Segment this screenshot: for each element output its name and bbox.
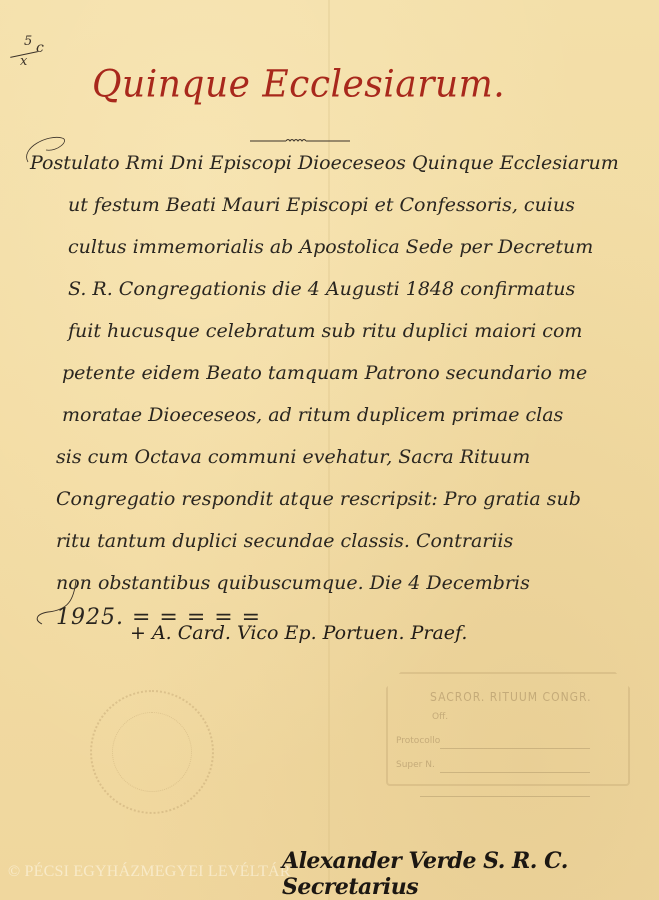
archive-watermark: © PÉCSI EGYHÁZMEGYEI LEVÉLTÁR [8,863,291,881]
archive-reference-mark: 5 c x [6,34,50,70]
title-ornament-divider [250,136,350,144]
cardinal-signature: + A. Card. Vico Ep. Portuen. Praef. [130,622,467,644]
stamp-row: Super N. [396,760,435,770]
body-line: ut festum Beati Mauri Episcopi et Confes… [68,194,575,216]
body-line: sis cum Octava communi evehatur, Sacra R… [56,446,530,468]
body-line: moratae Dioeceseos, ad ritum duplicem pr… [62,404,563,426]
stamp-field-line [440,772,590,773]
embossed-seal [90,690,214,814]
stamp-row: Protocollo [396,736,440,746]
body-line: S. R. Congregationis die 4 Augusti 1848 … [68,278,575,300]
body-line: petente eidem Beato tamquam Patrono secu… [62,362,587,384]
stamp-field-line [440,748,590,749]
archive-mark-denominator: x [20,54,27,69]
embossed-seal-inner-ring [112,712,192,792]
body-line: Postulato Rmi Dni Episcopi Dioeceseos Qu… [30,152,619,174]
document-title: Quinque Ecclesiarum. [92,63,505,106]
stamp-heading: SACROR. RITUUM CONGR. [430,690,592,704]
body-line: fuit hucusque celebratum sub ritu duplic… [68,320,582,342]
archive-mark-suffix: c [36,40,44,56]
archive-mark-numerator: 5 [24,34,32,49]
stamp-field-line [420,796,590,797]
body-line: cultus immemorialis ab Apostolica Sede p… [68,236,593,258]
body-line: Congregatio respondit atque rescripsit: … [56,488,581,510]
date-flourish [28,570,88,630]
secretary-signature: Alexander Verde S. R. C. Secretarius [282,848,659,900]
stamp-row: Off. [432,712,448,722]
body-line: non obstantibus quibuscumque. Die 4 Dece… [56,572,530,594]
body-line: ritu tantum duplici secundae classis. Co… [56,530,513,552]
